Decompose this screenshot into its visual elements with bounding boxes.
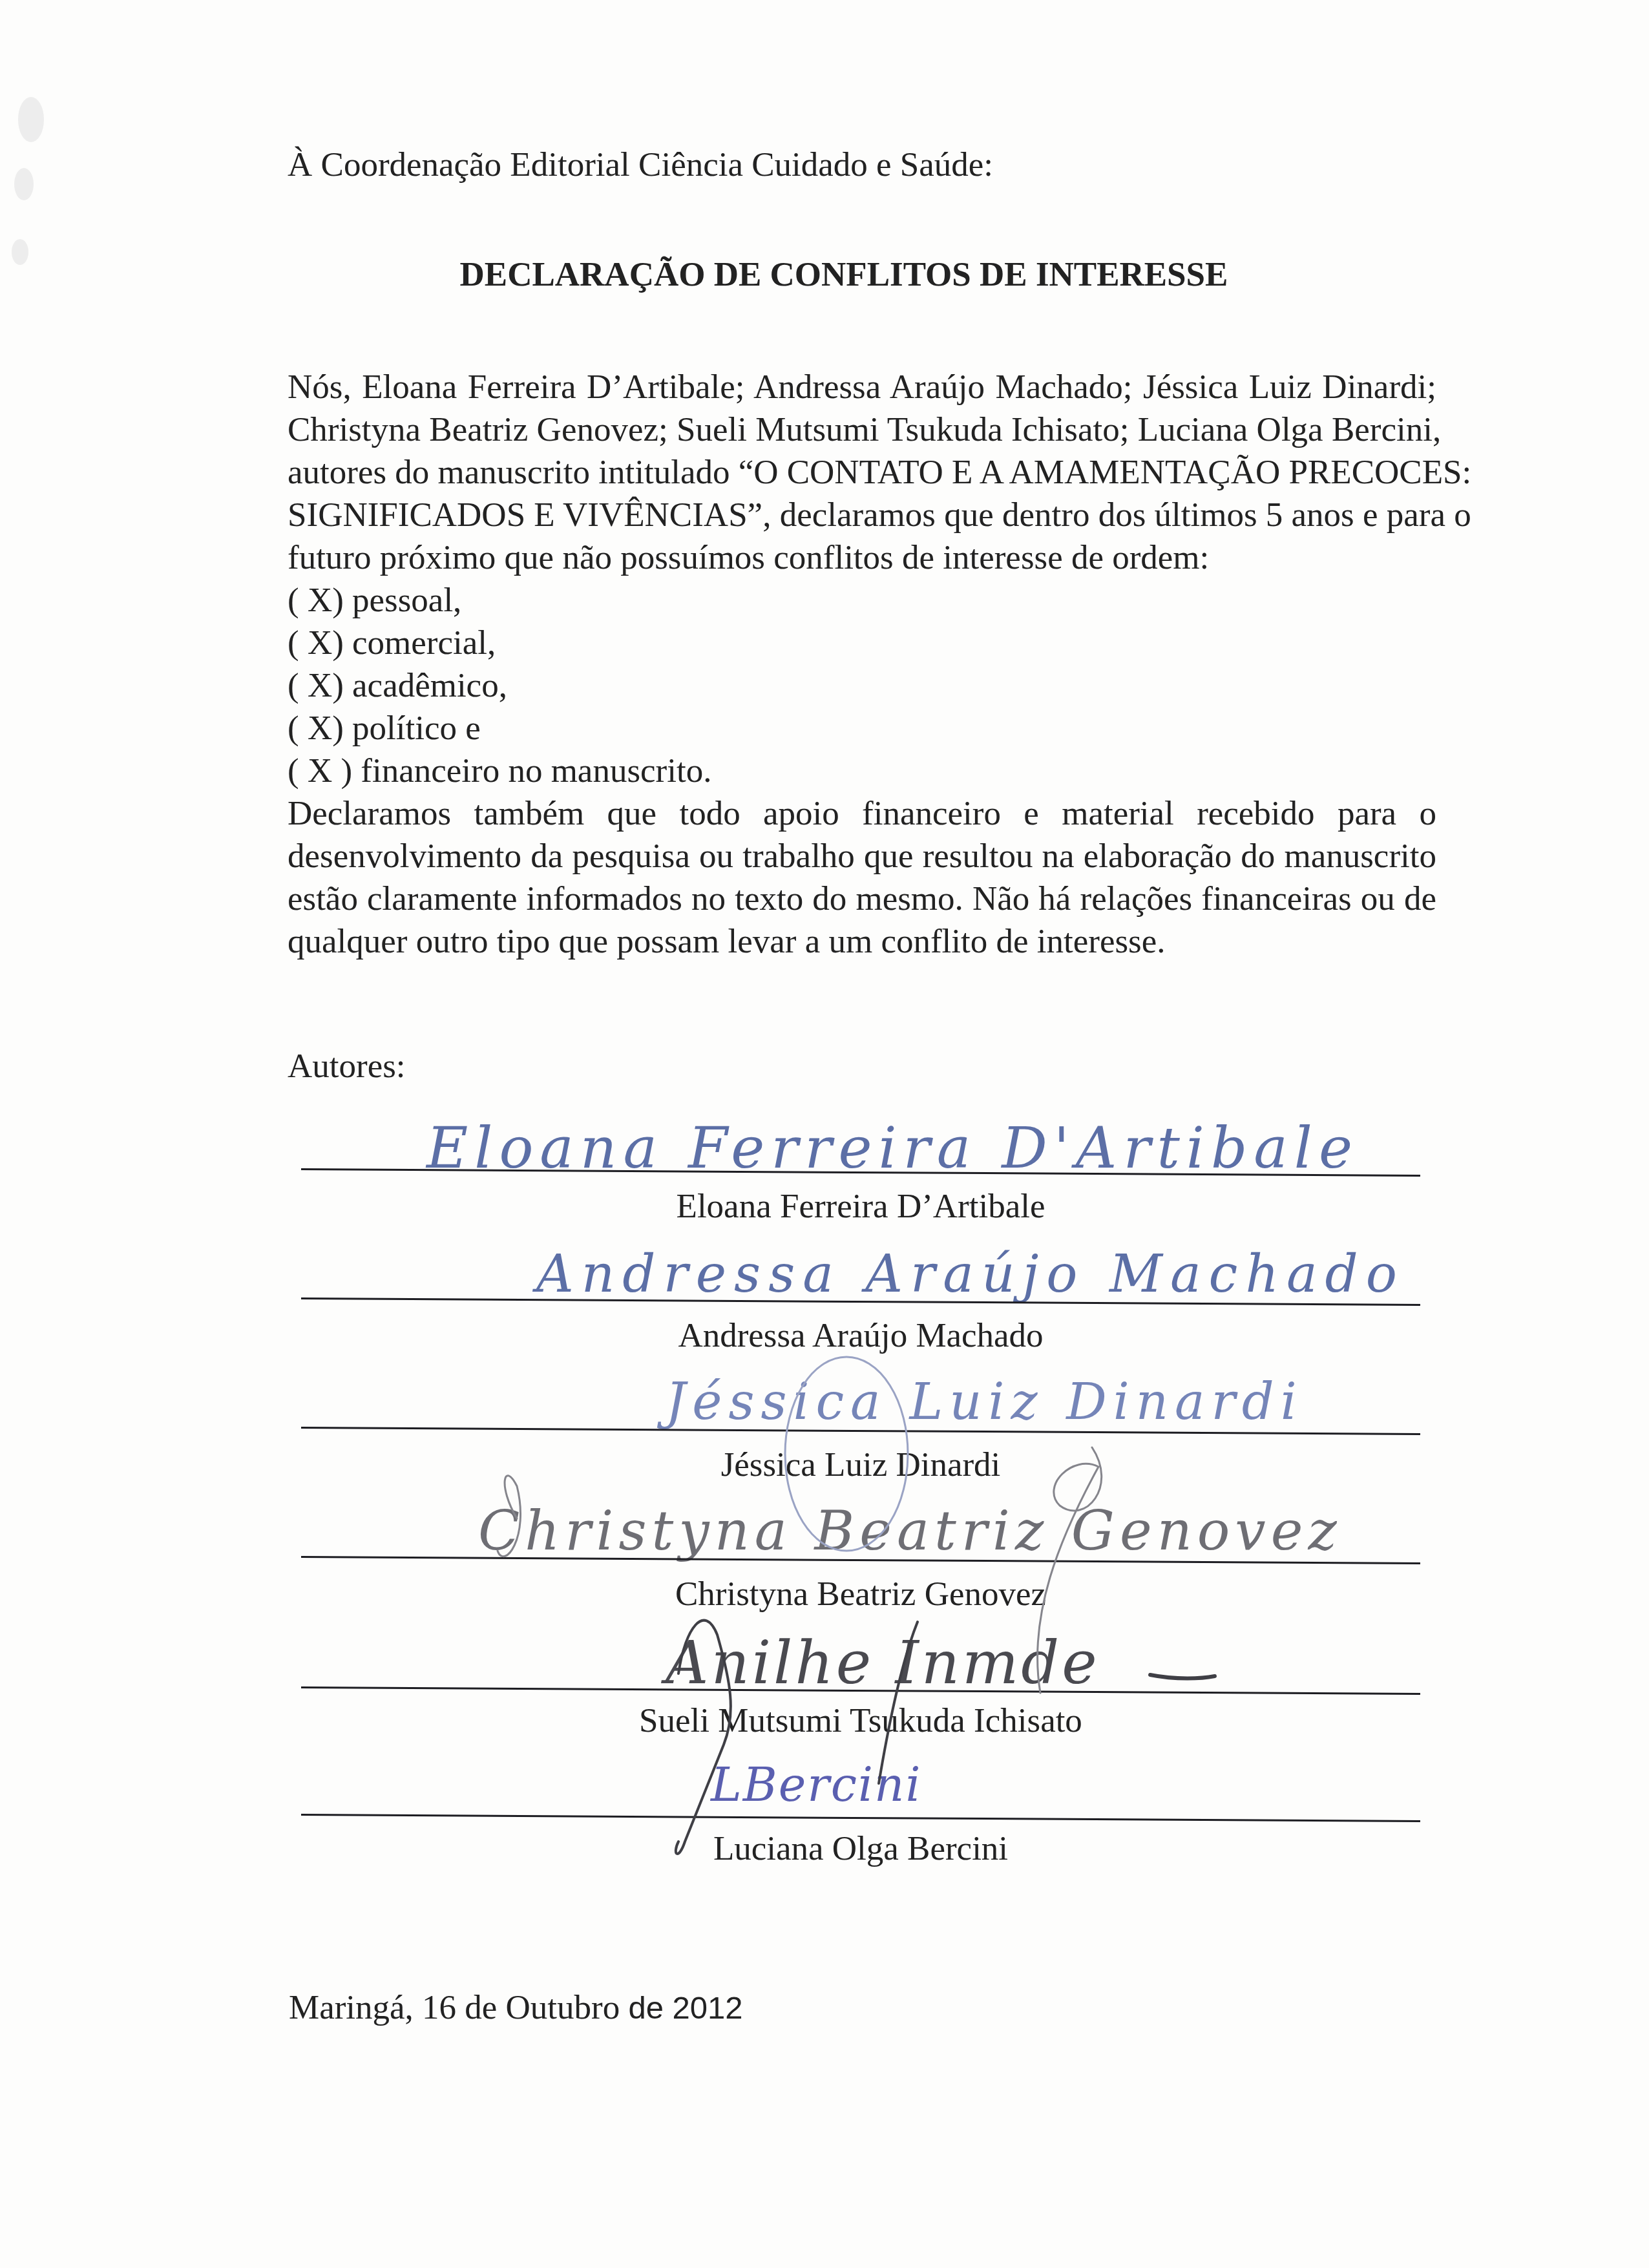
intro-line: futuro próximo que não possuímos conflit… <box>288 536 1436 579</box>
checkbox-mark: ( X) <box>288 624 344 662</box>
scan-artifact <box>18 97 44 142</box>
checklist-label: pessoal, <box>352 582 461 619</box>
checklist-item-pessoal: ( X) pessoal, <box>288 579 1436 622</box>
checklist-label: financeiro no manuscrito. <box>361 752 711 790</box>
intro-line: SIGNIFICADOS E VIVÊNCIAS”, declaramos qu… <box>288 494 1436 536</box>
checklist-label: acadêmico, <box>352 667 507 704</box>
declaration-line: desenvolvimento da pesquisa ou trabalho … <box>288 835 1436 877</box>
author-name: Jéssica Luiz Dinardi <box>301 1444 1420 1486</box>
checklist-item-financeiro: ( X ) financeiro no manuscrito. <box>288 750 1436 792</box>
handwritten-signature: LBercini <box>711 1758 922 1812</box>
handwritten-signature: Anilhe Inmde <box>666 1628 1100 1697</box>
recipient-greeting: À Coordenação Editorial Ciência Cuidado … <box>288 143 993 186</box>
declaration-body: Nós, Eloana Ferreira D’Artibale; Andress… <box>288 366 1436 963</box>
author-name: Sueli Mutsumi Tsukuda Ichisato <box>301 1699 1420 1742</box>
intro-line: Nós, Eloana Ferreira D’Artibale; Andress… <box>288 366 1436 408</box>
handwritten-signature: Christyna Beatriz Genovez <box>478 1499 1342 1562</box>
authors-label: Autores: <box>288 1045 406 1087</box>
signature-line <box>301 1814 1420 1822</box>
intro-line: autores do manuscrito intitulado “O CONT… <box>288 451 1436 494</box>
scan-artifact <box>14 168 34 200</box>
declaration-line: estão claramente informados no texto do … <box>288 877 1436 920</box>
checklist-label: comercial, <box>352 624 496 662</box>
declaration-line: Declaramos também que todo apoio finance… <box>288 792 1436 835</box>
author-name: Eloana Ferreira D’Artibale <box>301 1185 1420 1228</box>
declaration-line: qualquer outro tipo que possam levar a u… <box>288 920 1436 963</box>
handwritten-signature: Andressa Araújo Machado <box>536 1244 1405 1304</box>
declaration-paragraph: Declaramos também que todo apoio finance… <box>288 792 1436 963</box>
intro-paragraph: Nós, Eloana Ferreira D’Artibale; Andress… <box>288 366 1436 579</box>
checklist-item-comercial: ( X) comercial, <box>288 622 1436 664</box>
checkbox-mark: ( X) <box>288 582 344 619</box>
checkbox-mark: ( X ) <box>288 752 352 790</box>
author-name: Christyna Beatriz Genovez <box>301 1573 1420 1615</box>
intro-line: Christyna Beatriz Genovez; Sueli Mutsumi… <box>288 408 1436 451</box>
date-year: de 2012 <box>628 1991 742 2026</box>
checkbox-mark: ( X) <box>288 667 344 704</box>
handwritten-signature: Jéssica Luiz Dinardi <box>666 1373 1303 1431</box>
author-name: Andressa Araújo Machado <box>301 1314 1420 1357</box>
place-and-date: Maringá, 16 de Outubro de 2012 <box>289 1986 743 2030</box>
checklist-item-politico: ( X) político e <box>288 707 1436 750</box>
checklist-label: político e <box>352 709 481 747</box>
author-name: Luciana Olga Bercini <box>301 1827 1420 1870</box>
conflict-checklist: ( X) pessoal, ( X) comercial, ( X) acadê… <box>288 579 1436 792</box>
checklist-item-academico: ( X) acadêmico, <box>288 664 1436 707</box>
document-title: DECLARAÇÃO DE CONFLITOS DE INTERESSE <box>0 253 1649 296</box>
checkbox-mark: ( X) <box>288 709 344 747</box>
date-text: Maringá, 16 de Outubro <box>289 1989 628 2026</box>
